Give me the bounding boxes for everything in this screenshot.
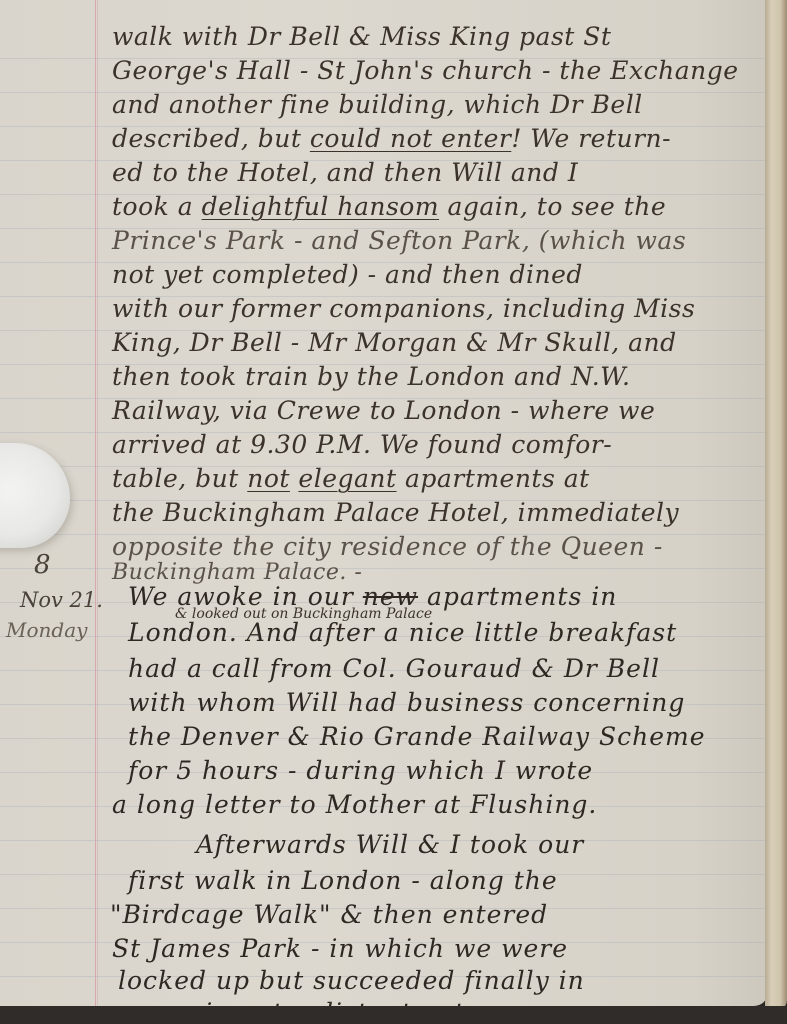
text-line: walk with Dr Bell & Miss King past St — [112, 22, 611, 51]
text-fragment: again, to see the — [439, 192, 666, 221]
text-line: table, but not elegant apartments at — [112, 464, 590, 493]
text-fragment: ! We return- — [511, 124, 671, 153]
text-line: locked up but succeeded finally in — [118, 966, 585, 995]
margin-entry-number: 8 — [34, 550, 51, 580]
text-fragment: apartments in — [418, 582, 617, 611]
text-line: arrived at 9.30 P.M. We found comfor- — [112, 430, 612, 459]
text-line: a long letter to Mother at Flushing. — [112, 790, 597, 819]
margin-weekday: Monday — [6, 618, 87, 642]
text-line: not yet completed) - and then dined — [112, 260, 583, 289]
white-glove — [0, 443, 70, 548]
text-fragment: described, but — [112, 124, 310, 153]
text-fragment: took a — [112, 192, 202, 221]
underlined-phrase: not — [247, 464, 290, 493]
text-line: emerging at a distant gate - — [118, 998, 499, 1006]
text-line: Prince's Park - and Sefton Park, (which … — [112, 226, 686, 255]
text-line: King, Dr Bell - Mr Morgan & Mr Skull, an… — [112, 328, 677, 357]
underlined-phrase: delightful hansom — [202, 192, 439, 221]
margin-rule-secondary — [97, 0, 98, 1006]
text-line: for 5 hours - during which I wrote — [128, 756, 593, 785]
text-line: and another fine building, which Dr Bell — [112, 90, 643, 119]
margin-date: Nov 21. — [20, 588, 103, 612]
text-line: described, but could not enter! We retur… — [112, 124, 671, 153]
text-line: ed to the Hotel, and then Will and I — [112, 158, 578, 187]
text-line: had a call from Col. Gouraud & Dr Bell — [128, 654, 660, 683]
text-line: took a delightful hansom again, to see t… — [112, 192, 666, 221]
underlined-phrase: could not enter — [310, 124, 511, 153]
text-line: then took train by the London and N.W. — [112, 362, 630, 391]
text-line: opposite the city residence of the Queen… — [112, 532, 663, 561]
text-line: Afterwards Will & I took our — [196, 830, 584, 859]
book-spine-shadow — [0, 1006, 787, 1024]
text-fragment: apartments at — [397, 464, 590, 493]
underlined-phrase: elegant — [298, 464, 396, 493]
text-line: Railway, via Crewe to London - where we — [112, 396, 655, 425]
text-line: George's Hall - St John's church - the E… — [112, 56, 739, 85]
margin-rule — [95, 0, 96, 1006]
text-line: the Denver & Rio Grande Railway Scheme — [128, 722, 706, 751]
text-line: the Buckingham Palace Hotel, immediately — [112, 498, 679, 527]
text-line: with whom Will had business concerning — [128, 688, 685, 717]
text-line: London. And after a nice little breakfas… — [128, 618, 677, 647]
text-line: with our former companions, including Mi… — [112, 294, 695, 323]
text-line: first walk in London - along the — [128, 866, 558, 895]
text-line: St James Park - in which we were — [112, 934, 568, 963]
book-page-edge — [765, 0, 787, 1010]
text-line: "Birdcage Walk" & then entered — [110, 900, 548, 929]
diary-page: walk with Dr Bell & Miss King past St Ge… — [0, 0, 768, 1006]
text-fragment: table, but — [112, 464, 247, 493]
